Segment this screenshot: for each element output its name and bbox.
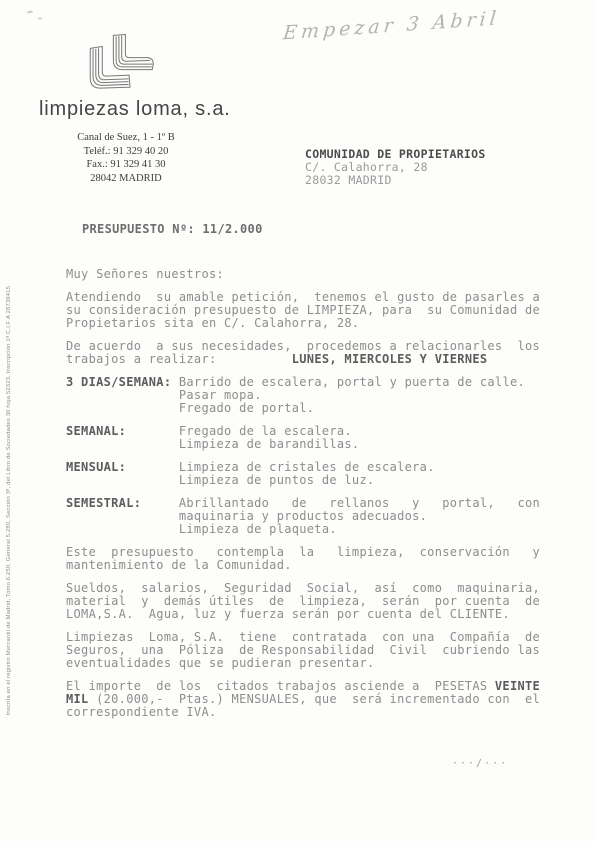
scan-speck [27, 10, 33, 13]
side-registration-text: Inscrita en el registro Mercantil de Mad… [3, 283, 14, 719]
recipient-city: 28032 MADRID [305, 174, 486, 187]
address-fax: Fax.: 91 329 41 30 [62, 158, 190, 172]
address-city: 28042 MADRID [62, 172, 190, 186]
address-phone: Teléf.: 91 329 40 20 [62, 145, 190, 159]
company-name: limpiezas loma, s.a. [39, 98, 231, 121]
letterhead-address: Canal de Suez, 1 - 1º B Teléf.: 91 329 4… [62, 131, 190, 185]
scan-speck [38, 17, 42, 20]
company-logo-icon [70, 28, 166, 106]
address-street: Canal de Suez, 1 - 1º B [62, 131, 190, 145]
reference-number: PRESUPUESTO Nº: 11/2.000 [82, 222, 263, 236]
scanned-letter-page: Empezar 3 Abril limpiezas loma, s.a. Can… [0, 0, 595, 841]
continuation-mark: ···/··· [452, 758, 508, 769]
letter-body: Muy Señores nuestros:Atendiendo su amabl… [66, 268, 540, 719]
recipient-block: COMUNIDAD DE PROPIETARIOS C/. Calahorra,… [305, 148, 486, 187]
handwritten-note: Empezar 3 Abril [282, 6, 524, 45]
